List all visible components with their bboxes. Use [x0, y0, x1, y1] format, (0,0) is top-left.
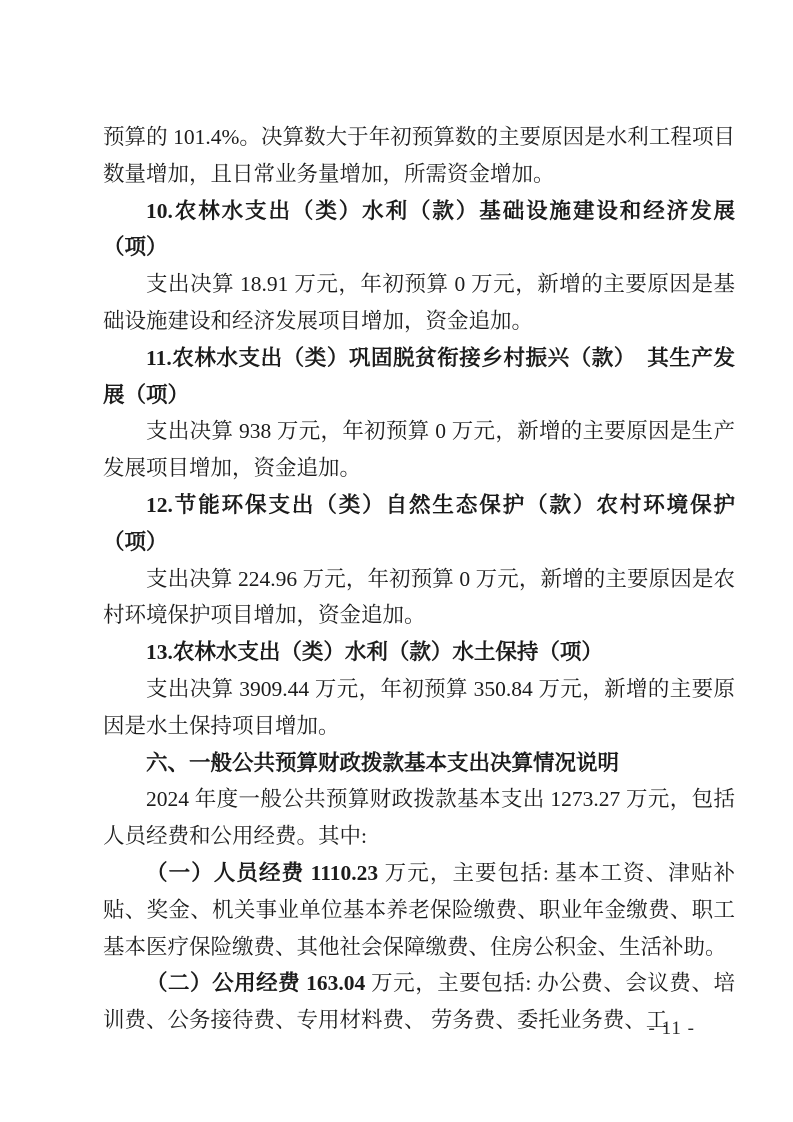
heading-item-12-text: 12.节能环保支出（类）自然生态保护（款）农村环境保护（项） — [103, 493, 735, 554]
para-item-12-detail: 支出决算 224.96 万元，年初预算 0 万元，新增的主要原因是农村环境保护项… — [103, 561, 735, 635]
heading-section-six-text: 六、一般公共预算财政拨款基本支出决算情况说明 — [146, 751, 619, 775]
para-personnel-expense: （一）人员经费 1110.23 万元，主要包括: 基本工资、津贴补贴、奖金、机关… — [103, 855, 735, 965]
heading-item-11-text: 11.农林水支出（类）巩固脱贫衔接乡村振兴（款） 其生产发展（项） — [103, 346, 735, 407]
heading-item-13: 13.农林水支出（类）水利（款）水土保持（项） — [103, 634, 735, 671]
para-basic-expense-total-text: 2024 年度一般公共预算财政拨款基本支出 1273.27 万元，包括人员经费和… — [103, 787, 735, 848]
heading-item-13-text: 13.农林水支出（类）水利（款）水土保持（项） — [146, 640, 603, 664]
heading-section-six: 六、一般公共预算财政拨款基本支出决算情况说明 — [103, 745, 735, 782]
para-item-10-text: 支出决算 18.91 万元，年初预算 0 万元，新增的主要原因是基础设施建设和经… — [103, 272, 735, 333]
para-item-10-detail: 支出决算 18.91 万元，年初预算 0 万元，新增的主要原因是基础设施建设和经… — [103, 266, 735, 340]
para-public-expense: （二）公用经费 163.04 万元，主要包括: 办公费、会议费、培训费、公务接待… — [103, 965, 735, 1039]
heading-item-11: 11.农林水支出（类）巩固脱贫衔接乡村振兴（款） 其生产发展（项） — [103, 340, 735, 414]
heading-item-10: 10.农林水支出（类）水利（款）基础设施建设和经济发展（项） — [103, 193, 735, 267]
para-continuation: 预算的 101.4%。决算数大于年初预算数的主要原因是水利工程项目数量增加，且日… — [103, 119, 735, 193]
para-item-13-detail: 支出决算 3909.44 万元，年初预算 350.84 万元，新增的主要原因是水… — [103, 671, 735, 745]
para-personnel-expense-lead: （一）人员经费 1110.23 — [146, 861, 378, 885]
para-item-11-detail: 支出决算 938 万元，年初预算 0 万元，新增的主要原因是生产发展项目增加，资… — [103, 413, 735, 487]
para-item-13-text: 支出决算 3909.44 万元，年初预算 350.84 万元，新增的主要原因是水… — [103, 677, 735, 738]
para-item-11-text: 支出决算 938 万元，年初预算 0 万元，新增的主要原因是生产发展项目增加，资… — [103, 419, 735, 480]
document-body: 预算的 101.4%。决算数大于年初预算数的主要原因是水利工程项目数量增加，且日… — [103, 119, 735, 1039]
para-continuation-text: 预算的 101.4%。决算数大于年初预算数的主要原因是水利工程项目数量增加，且日… — [103, 125, 735, 186]
para-basic-expense-total: 2024 年度一般公共预算财政拨款基本支出 1273.27 万元，包括人员经费和… — [103, 781, 735, 855]
para-item-12-text: 支出决算 224.96 万元，年初预算 0 万元，新增的主要原因是农村环境保护项… — [103, 567, 735, 628]
page-number: - 11 - — [649, 1018, 695, 1040]
document-page: 预算的 101.4%。决算数大于年初预算数的主要原因是水利工程项目数量增加，且日… — [0, 0, 793, 1122]
heading-item-10-text: 10.农林水支出（类）水利（款）基础设施建设和经济发展（项） — [103, 199, 735, 260]
para-public-expense-lead: （二）公用经费 163.04 — [146, 971, 365, 995]
heading-item-12: 12.节能环保支出（类）自然生态保护（款）农村环境保护（项） — [103, 487, 735, 561]
